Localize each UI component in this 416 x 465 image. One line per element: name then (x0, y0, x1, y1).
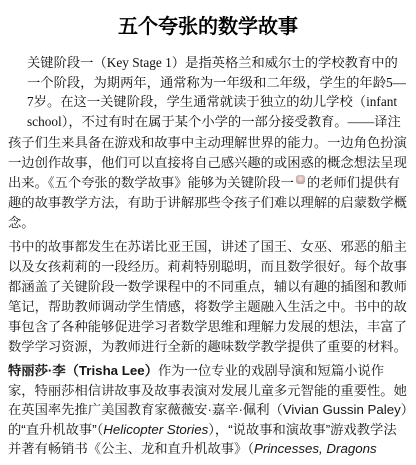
footnote-marker-icon[interactable] (296, 175, 305, 184)
translator-note-block: 关键阶段一（Key Stage 1）是指英格兰和威尔士的学校教育中的一个阶段，为… (8, 53, 408, 131)
paragraph-author-bio: 特丽莎·李（Trisha Lee）作为一位专业的戏剧导演和短篇小说作家，特丽莎相… (8, 361, 408, 459)
book-title-english-princesses: Princesses, Dragons (254, 441, 377, 456)
book-description-page: 五个夸张的数学故事 关键阶段一（Key Stage 1）是指英格兰和威尔士的学校… (0, 0, 416, 465)
author-name: 特丽莎·李（Trisha Lee） (8, 363, 158, 378)
translator-note-text: 关键阶段一（Key Stage 1）是指英格兰和威尔士的学校教育中的一个阶段，为… (27, 55, 406, 129)
book-title-english-helicopter: Helicopter Stories (103, 422, 208, 437)
paragraph-book-content: 书中的故事都发生在苏诺比亚王国，讲述了国王、女巫、邪恶的船主以及女孩莉莉的一段经… (8, 237, 408, 357)
page-title: 五个夸张的数学故事 (8, 15, 408, 40)
paragraph-intro: 孩子们生来具备在游戏和故事中主动理解世界的能力。一边角色扮演一边创作故事，他们可… (8, 133, 408, 233)
